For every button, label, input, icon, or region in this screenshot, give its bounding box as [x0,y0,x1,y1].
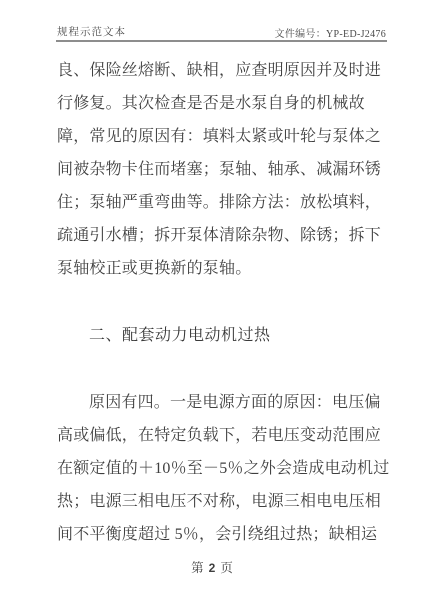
header-document-type: 规程示范文本 [57,24,126,39]
page-number-prefix: 第 [191,558,204,576]
paragraph-pump-faults: 良、保险丝熔断、缺相，应查明原因并及时进 行修复。其次检查是否是水泵自身的机械故… [57,54,379,285]
header-document-number: 文件编号：YP-ED-J2476 [275,25,386,40]
page-footer: 第 2 页 [0,558,424,576]
text-line: 间不平衡度超过 5％，会引绕组过热；缺相运 [57,518,379,551]
text-line: 泵轴校正或更换新的泵轴。 [57,252,379,285]
section-heading-motor-overheat: 二、配套动力电动机过热 [57,319,411,352]
text-line: 疏通引水槽；拆开泵体清除杂物、除锈；拆下 [57,219,379,252]
text-line: 热；电源三相电压不对称，电源三相电电压相 [57,485,379,518]
page-number: 2 [209,561,216,575]
text-line: 行修复。其次检查是否是水泵自身的机械故 [57,87,379,120]
page-number-suffix: 页 [220,558,233,576]
text-line: 原因有四。一是电源方面的原因：电压偏 [57,386,379,419]
text-line: 住；泵轴严重弯曲等。排除方法：放松填料， [57,186,379,219]
document-page: 规程示范文本 文件编号：YP-ED-J2476 良、保险丝熔断、缺相，应查明原因… [0,0,424,600]
text-line: 障，常见的原因有：填料太紧或叶轮与泵体之 [57,120,379,153]
text-line: 在额定值的＋10％至－5％之外会造成电动机过 [57,452,379,485]
text-line: 高或偏低，在特定负载下，若电压变动范围应 [57,419,379,452]
text-line: 良、保险丝熔断、缺相，应查明原因并及时进 [57,54,379,87]
header-divider [56,40,387,42]
text-line: 间被杂物卡住而堵塞；泵轴、轴承、减漏环锈 [57,153,379,186]
paragraph-overheat-causes: 原因有四。一是电源方面的原因：电压偏 高或偏低，在特定负载下，若电压变动范围应 … [57,386,379,551]
